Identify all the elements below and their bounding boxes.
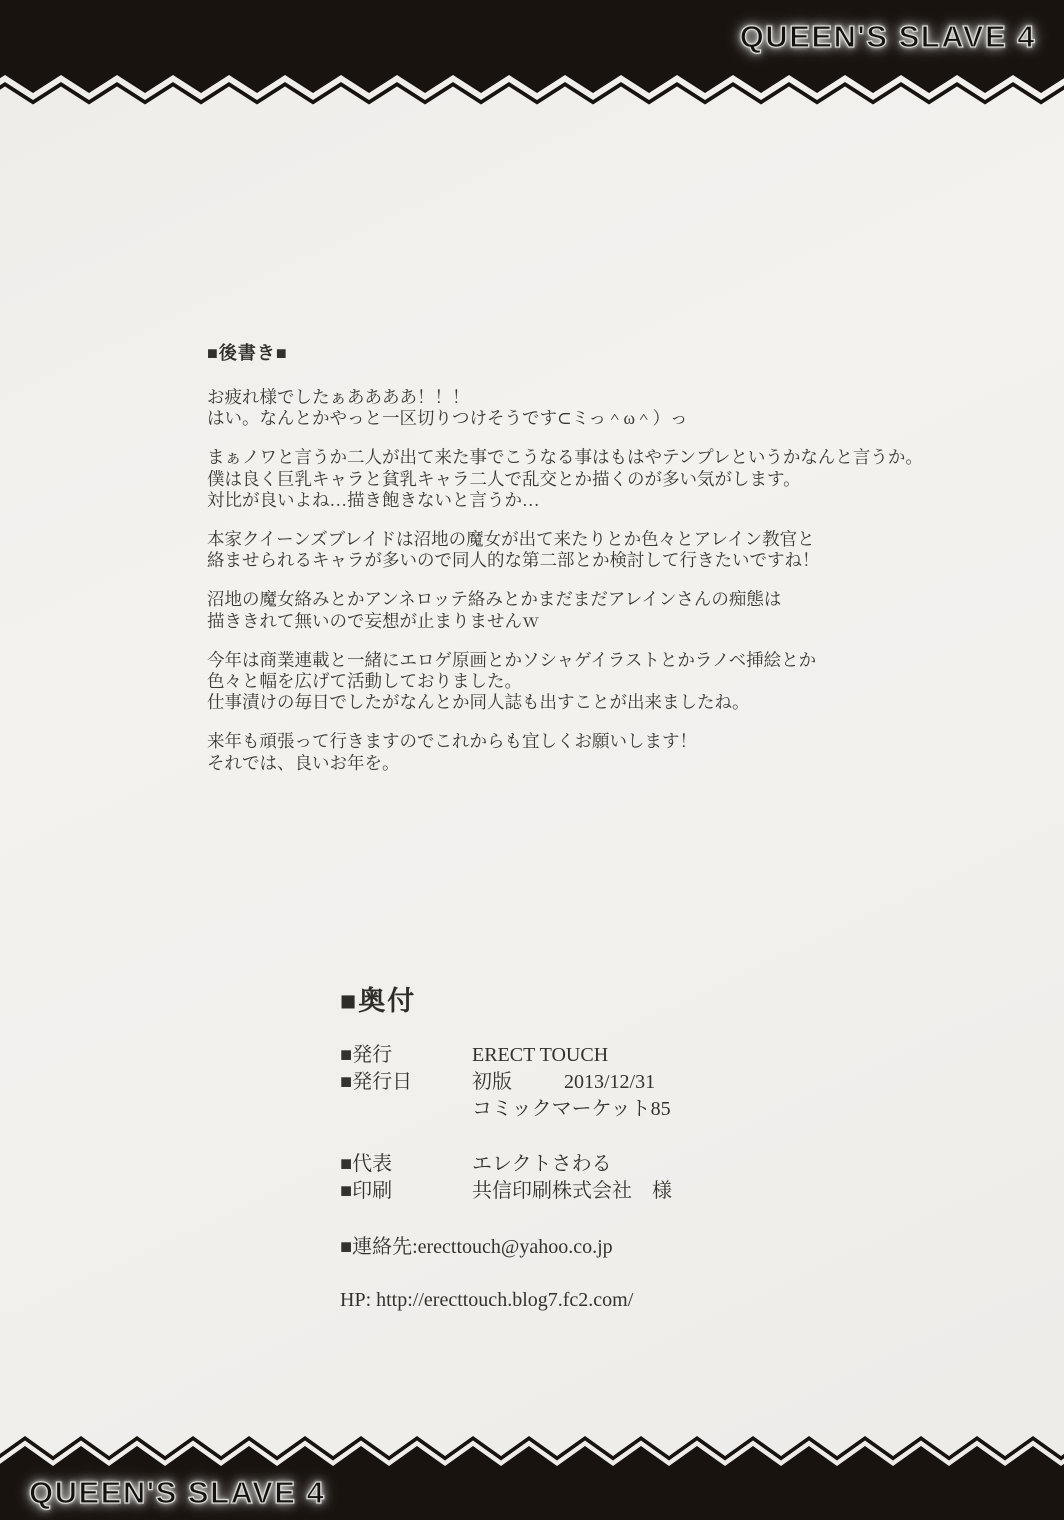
afterword-paragraph: お疲れ様でしたぁああああ！！！ はい。なんとかやっと一区切りつけそうです⊂ミっ＾…	[207, 387, 952, 429]
publisher-value: ERECT TOUCH	[472, 1042, 608, 1069]
publisher-label: ■発行	[340, 1042, 472, 1069]
colophon-row-event: コミックマーケット85	[340, 1096, 940, 1123]
colophon-row-publisher: ■発行 ERECT TOUCH	[340, 1042, 940, 1069]
date-value: 2013/12/31	[564, 1069, 655, 1096]
printer-value: 共信印刷株式会社 様	[472, 1178, 672, 1205]
afterword-paragraph: まぁノワと言うか二人が出て来た事でこうなる事はもはやテンプレというかなんと言うか…	[207, 447, 952, 511]
afterword-paragraph: 本家クイーンズブレイドは沼地の魔女が出て来たりとか色々とアレイン教官と 絡ませら…	[207, 529, 952, 571]
header-series-title: QUEEN'S SLAVE 4	[740, 19, 1036, 55]
representative-value: エレクトさわる	[472, 1151, 612, 1178]
afterword-paragraph: 沼地の魔女絡みとかアンネロッテ絡みとかまだまだアレインさんの痴態は 描ききれて無…	[207, 589, 952, 631]
afterword-paragraph: 来年も頑張って行きますのでこれからも宜しくお願いします！ それでは、良いお年を。	[207, 731, 952, 773]
edition-value: 初版	[472, 1069, 564, 1096]
footer-series-title: QUEEN'S SLAVE 4	[29, 1475, 325, 1511]
top-zigzag-border: QUEEN'S SLAVE 4	[0, 0, 1064, 108]
bottom-zigzag-border: QUEEN'S SLAVE 4	[0, 1430, 1064, 1520]
printer-label: ■印刷	[340, 1178, 472, 1205]
colophon-heading: ■奥付	[340, 984, 940, 1018]
publication-date-label: ■発行日	[340, 1069, 472, 1096]
representative-label: ■代表	[340, 1151, 472, 1178]
colophon-row-printer: ■印刷 共信印刷株式会社 様	[340, 1178, 940, 1205]
colophon-row-publication-date: ■発行日 初版 2013/12/31	[340, 1069, 940, 1096]
homepage-url-text: HP: http://erecttouch.blog7.fc2.com/	[340, 1287, 940, 1314]
afterword-section: ■後書き■ お疲れ様でしたぁああああ！！！ はい。なんとかやっと一区切りつけそう…	[207, 341, 952, 792]
colophon-section: ■奥付 ■発行 ERECT TOUCH ■発行日 初版 2013/12/31 コ…	[340, 984, 940, 1314]
event-label	[340, 1096, 472, 1123]
contact-email-text: ■連絡先:erecttouch@yahoo.co.jp	[340, 1234, 940, 1261]
event-value: コミックマーケット85	[472, 1096, 671, 1123]
afterword-heading: ■後書き■	[207, 341, 952, 365]
afterword-paragraph: 今年は商業連載と一緒にエロゲ原画とかソシャゲイラストとかラノベ挿絵とか 色々と幅…	[207, 650, 952, 714]
colophon-row-representative: ■代表 エレクトさわる	[340, 1151, 940, 1178]
